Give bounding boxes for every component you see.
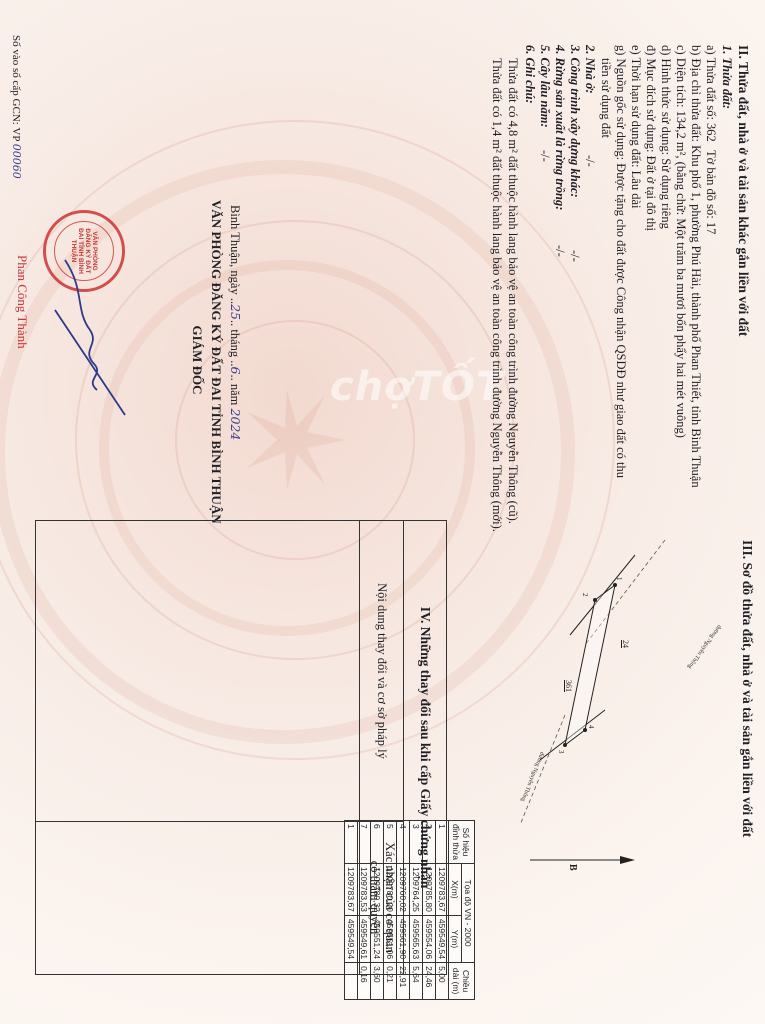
svg-text:2: 2 bbox=[581, 593, 589, 597]
usage-term: e) Thời hạn sử dụng đất: Lâu dài bbox=[628, 45, 643, 208]
note-old-road: Thửa đất có 4,8 m² đất thuộc hành lang b… bbox=[505, 58, 520, 524]
land-heading: 1. Thửa đất: bbox=[719, 45, 734, 109]
sign-year: 2024 bbox=[228, 409, 243, 441]
parcel-diagram: 1 2 3 4 B bbox=[515, 525, 735, 885]
north-label: B bbox=[567, 864, 578, 871]
col-x: X(m) bbox=[449, 864, 462, 916]
usage-origin-cont: tiền sử dụng đất bbox=[598, 58, 613, 138]
signature-scribble-icon bbox=[35, 250, 145, 420]
registry-number: Số vào sổ cấp GCN: VP 00060 bbox=[10, 35, 23, 179]
col-change-content: Nội dung thay đổi và cơ sở pháp lý bbox=[359, 521, 404, 822]
sign-day: 25 bbox=[228, 304, 243, 320]
col-y: Y(m) bbox=[449, 915, 462, 962]
authority-confirmation-cell bbox=[36, 821, 360, 974]
forest-label: 4. Rừng sản xuất là rừng trồng: bbox=[552, 45, 567, 210]
neighbor-parcel-top: 24 bbox=[621, 640, 630, 648]
parcel-area: c) Diện tích: 134,2 m², (bằng chữ: Một t… bbox=[673, 45, 688, 438]
signer-position: GIÁM ĐỐC bbox=[189, 200, 205, 520]
col-vertex: Số hiệu đỉnh thửa bbox=[449, 821, 475, 864]
land-certificate-page: chợTỐT II. Thửa đất, nhà ở và tài sản kh… bbox=[0, 0, 765, 1024]
house-label: 2. Nhà ở: bbox=[582, 45, 597, 94]
usage-purpose: đ) Mục đích sử dụng: Đất ở tại đô thị bbox=[643, 45, 658, 231]
changes-table: IV. Những thay đổi sau khi cấp Giấy chứn… bbox=[35, 520, 447, 975]
issuing-office: VĂN PHÒNG ĐĂNG KÝ ĐẤT ĐAI TỈNH BÌNH THUẬ… bbox=[208, 200, 224, 520]
usage-origin: g) Nguồn gốc sử dụng: Được tặng cho đất … bbox=[613, 45, 628, 478]
place-date: Bình Thuận, ngày ..25.. tháng ..6.. năm … bbox=[227, 205, 243, 440]
perennial-value: -/- bbox=[537, 150, 552, 162]
neighbor-parcel-bottom: 361 bbox=[564, 680, 573, 692]
parcel-address: b) Địa chỉ thửa đất: Khu phố 1, phường P… bbox=[688, 45, 703, 488]
svg-text:4: 4 bbox=[587, 725, 595, 729]
change-content-cell bbox=[36, 521, 360, 822]
col-length: Chiều dài (m) bbox=[449, 963, 475, 1000]
svg-text:1: 1 bbox=[615, 577, 623, 581]
col-authority-confirmation: Xác nhận của cơ quancó thẩm quyền bbox=[359, 821, 404, 974]
map-sheet-number: Tờ bản đồ số: 17 bbox=[703, 150, 718, 234]
parcel-number: a) Thửa đất số: 362 bbox=[703, 45, 718, 142]
perennial-label: 5. Cây lâu năm: bbox=[537, 45, 552, 128]
house-value: -/- bbox=[582, 155, 597, 167]
svg-text:3: 3 bbox=[557, 750, 565, 754]
col-coord-group: Tọa độ VN - 2000 bbox=[462, 864, 475, 963]
section-ii-title: II. Thửa đất, nhà ở và tài sản khác gắn … bbox=[735, 45, 751, 336]
chotot-watermark: chợTỐT bbox=[330, 364, 504, 410]
forest-value: -/- bbox=[552, 245, 567, 257]
notes-label: 6. Ghi chú: bbox=[522, 45, 537, 104]
note-new-road: Thửa đất có 1,4 m² đất thuộc hành lang b… bbox=[489, 58, 504, 532]
other-works-value: -/- bbox=[567, 250, 582, 262]
section-iii-title: III. Sơ đồ thửa đất, nhà ở và tài sản gắ… bbox=[739, 540, 755, 837]
signer-name: Phan Công Thành bbox=[14, 255, 30, 349]
other-works-label: 3. Công trình xây dựng khác: bbox=[567, 45, 582, 198]
section-iv-title: IV. Những thay đổi sau khi cấp Giấy chứn… bbox=[403, 521, 446, 974]
usage-form: d) Hình thức sử dụng: Sử dụng riêng bbox=[658, 45, 673, 229]
